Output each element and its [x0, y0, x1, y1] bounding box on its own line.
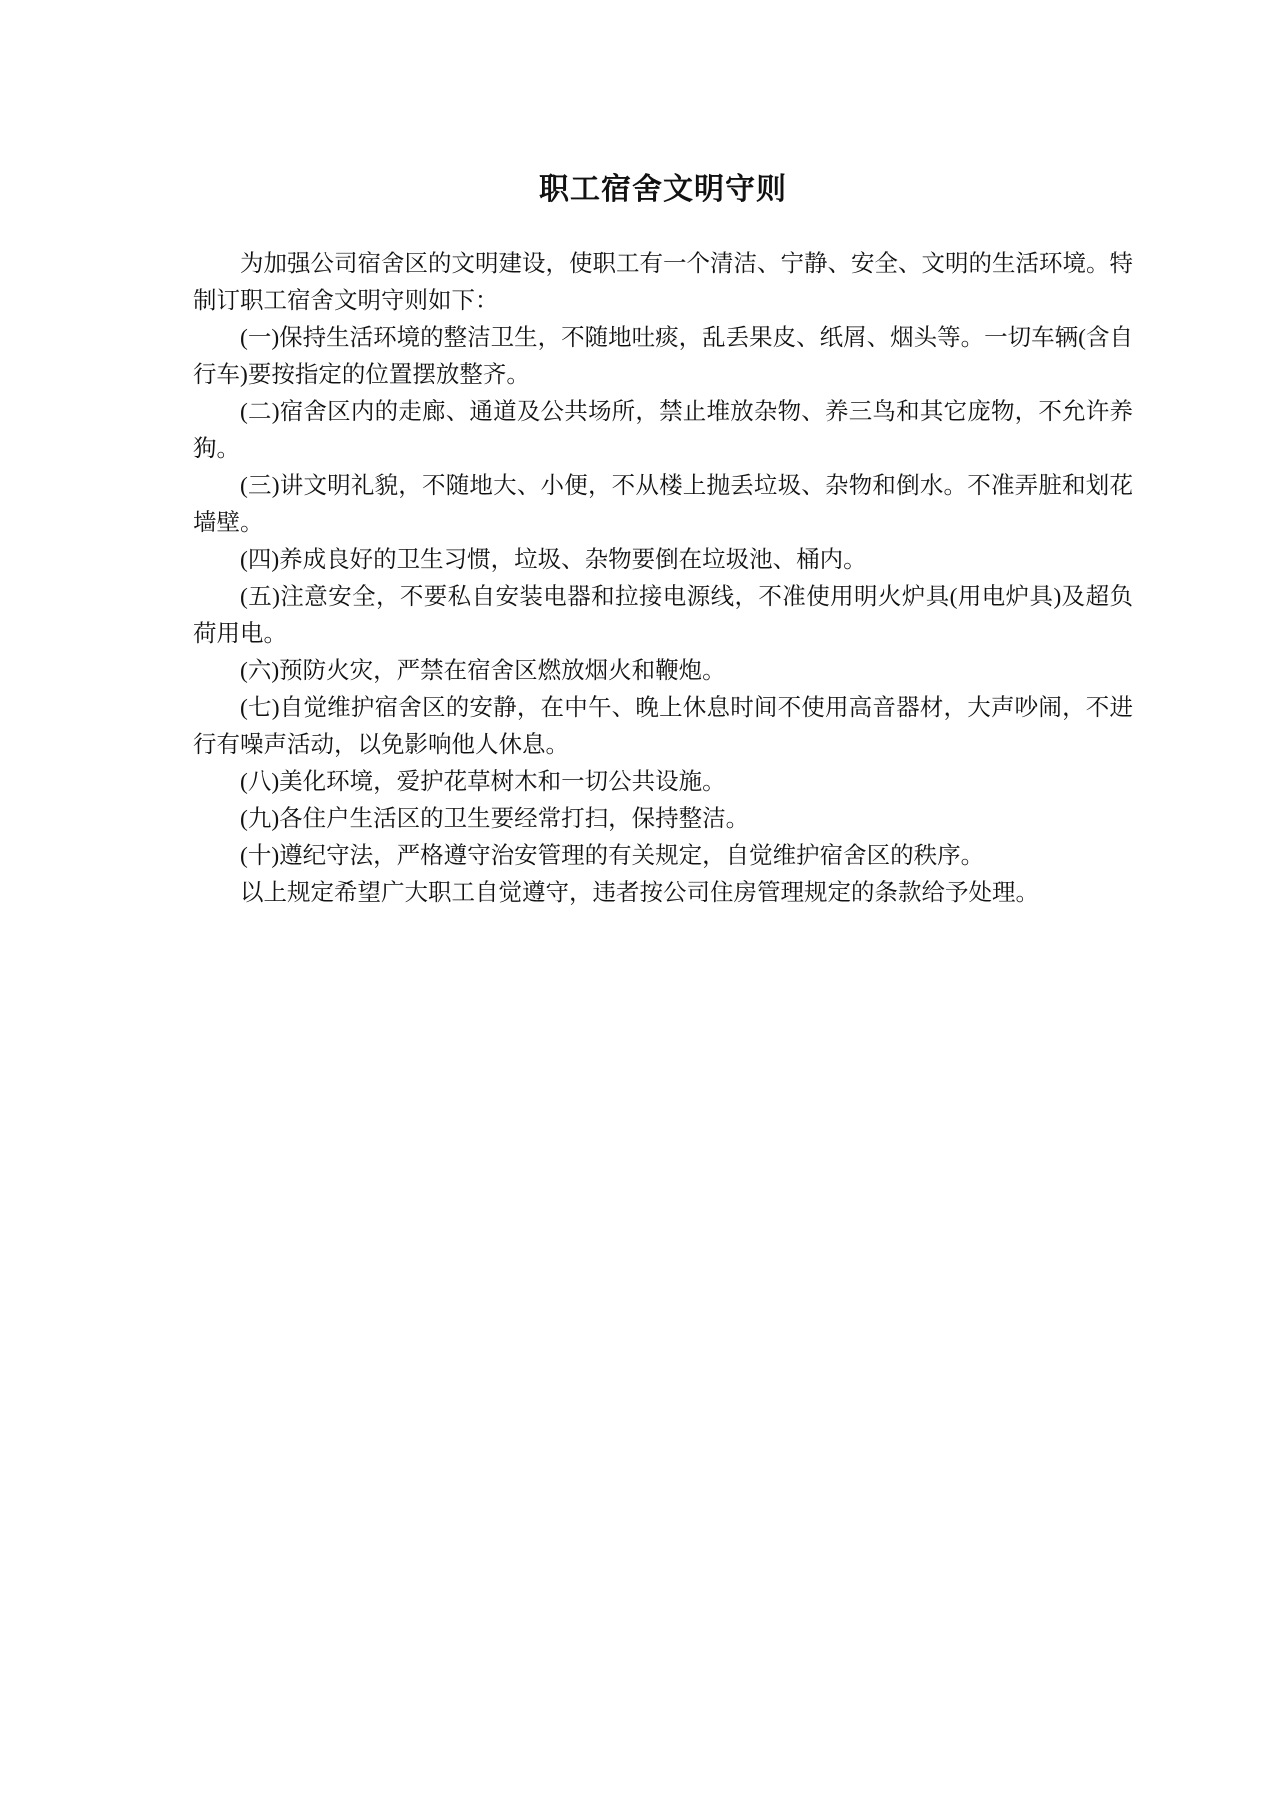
document-body: 为加强公司宿舍区的文明建设，使职工有一个清洁、宁静、安全、文明的生活环境。特制订… [193, 246, 1133, 912]
paragraph-rule-3: (三)讲文明礼貌，不随地大、小便，不从楼上抛丢垃圾、杂物和倒水。不准弄脏和划花墙… [193, 468, 1133, 542]
document-title: 职工宿舍文明守则 [193, 164, 1133, 208]
paragraph-rule-10: (十)遵纪守法，严格遵守治安管理的有关规定，自觉维护宿舍区的秩序。 [193, 838, 1133, 875]
paragraph-rule-1: (一)保持生活环境的整洁卫生，不随地吐痰，乱丢果皮、纸屑、烟头等。一切车辆(含自… [193, 320, 1133, 394]
paragraph-intro: 为加强公司宿舍区的文明建设，使职工有一个清洁、宁静、安全、文明的生活环境。特制订… [193, 246, 1133, 320]
document-page: 职工宿舍文明守则 为加强公司宿舍区的文明建设，使职工有一个清洁、宁静、安全、文明… [0, 0, 1280, 1810]
paragraph-closing: 以上规定希望广大职工自觉遵守，违者按公司住房管理规定的条款给予处理。 [193, 875, 1133, 912]
paragraph-rule-7: (七)自觉维护宿舍区的安静，在中午、晚上休息时间不使用高音器材，大声吵闹，不进行… [193, 690, 1133, 764]
paragraph-rule-5: (五)注意安全，不要私自安装电器和拉接电源线，不准使用明火炉具(用电炉具)及超负… [193, 579, 1133, 653]
paragraph-rule-8: (八)美化环境，爱护花草树木和一切公共设施。 [193, 764, 1133, 801]
paragraph-rule-6: (六)预防火灾，严禁在宿舍区燃放烟火和鞭炮。 [193, 653, 1133, 690]
paragraph-rule-2: (二)宿舍区内的走廊、通道及公共场所，禁止堆放杂物、养三鸟和其它庞物，不允许养狗… [193, 394, 1133, 468]
paragraph-rule-4: (四)养成良好的卫生习惯，垃圾、杂物要倒在垃圾池、桶内。 [193, 542, 1133, 579]
paragraph-rule-9: (九)各住户生活区的卫生要经常打扫，保持整洁。 [193, 801, 1133, 838]
